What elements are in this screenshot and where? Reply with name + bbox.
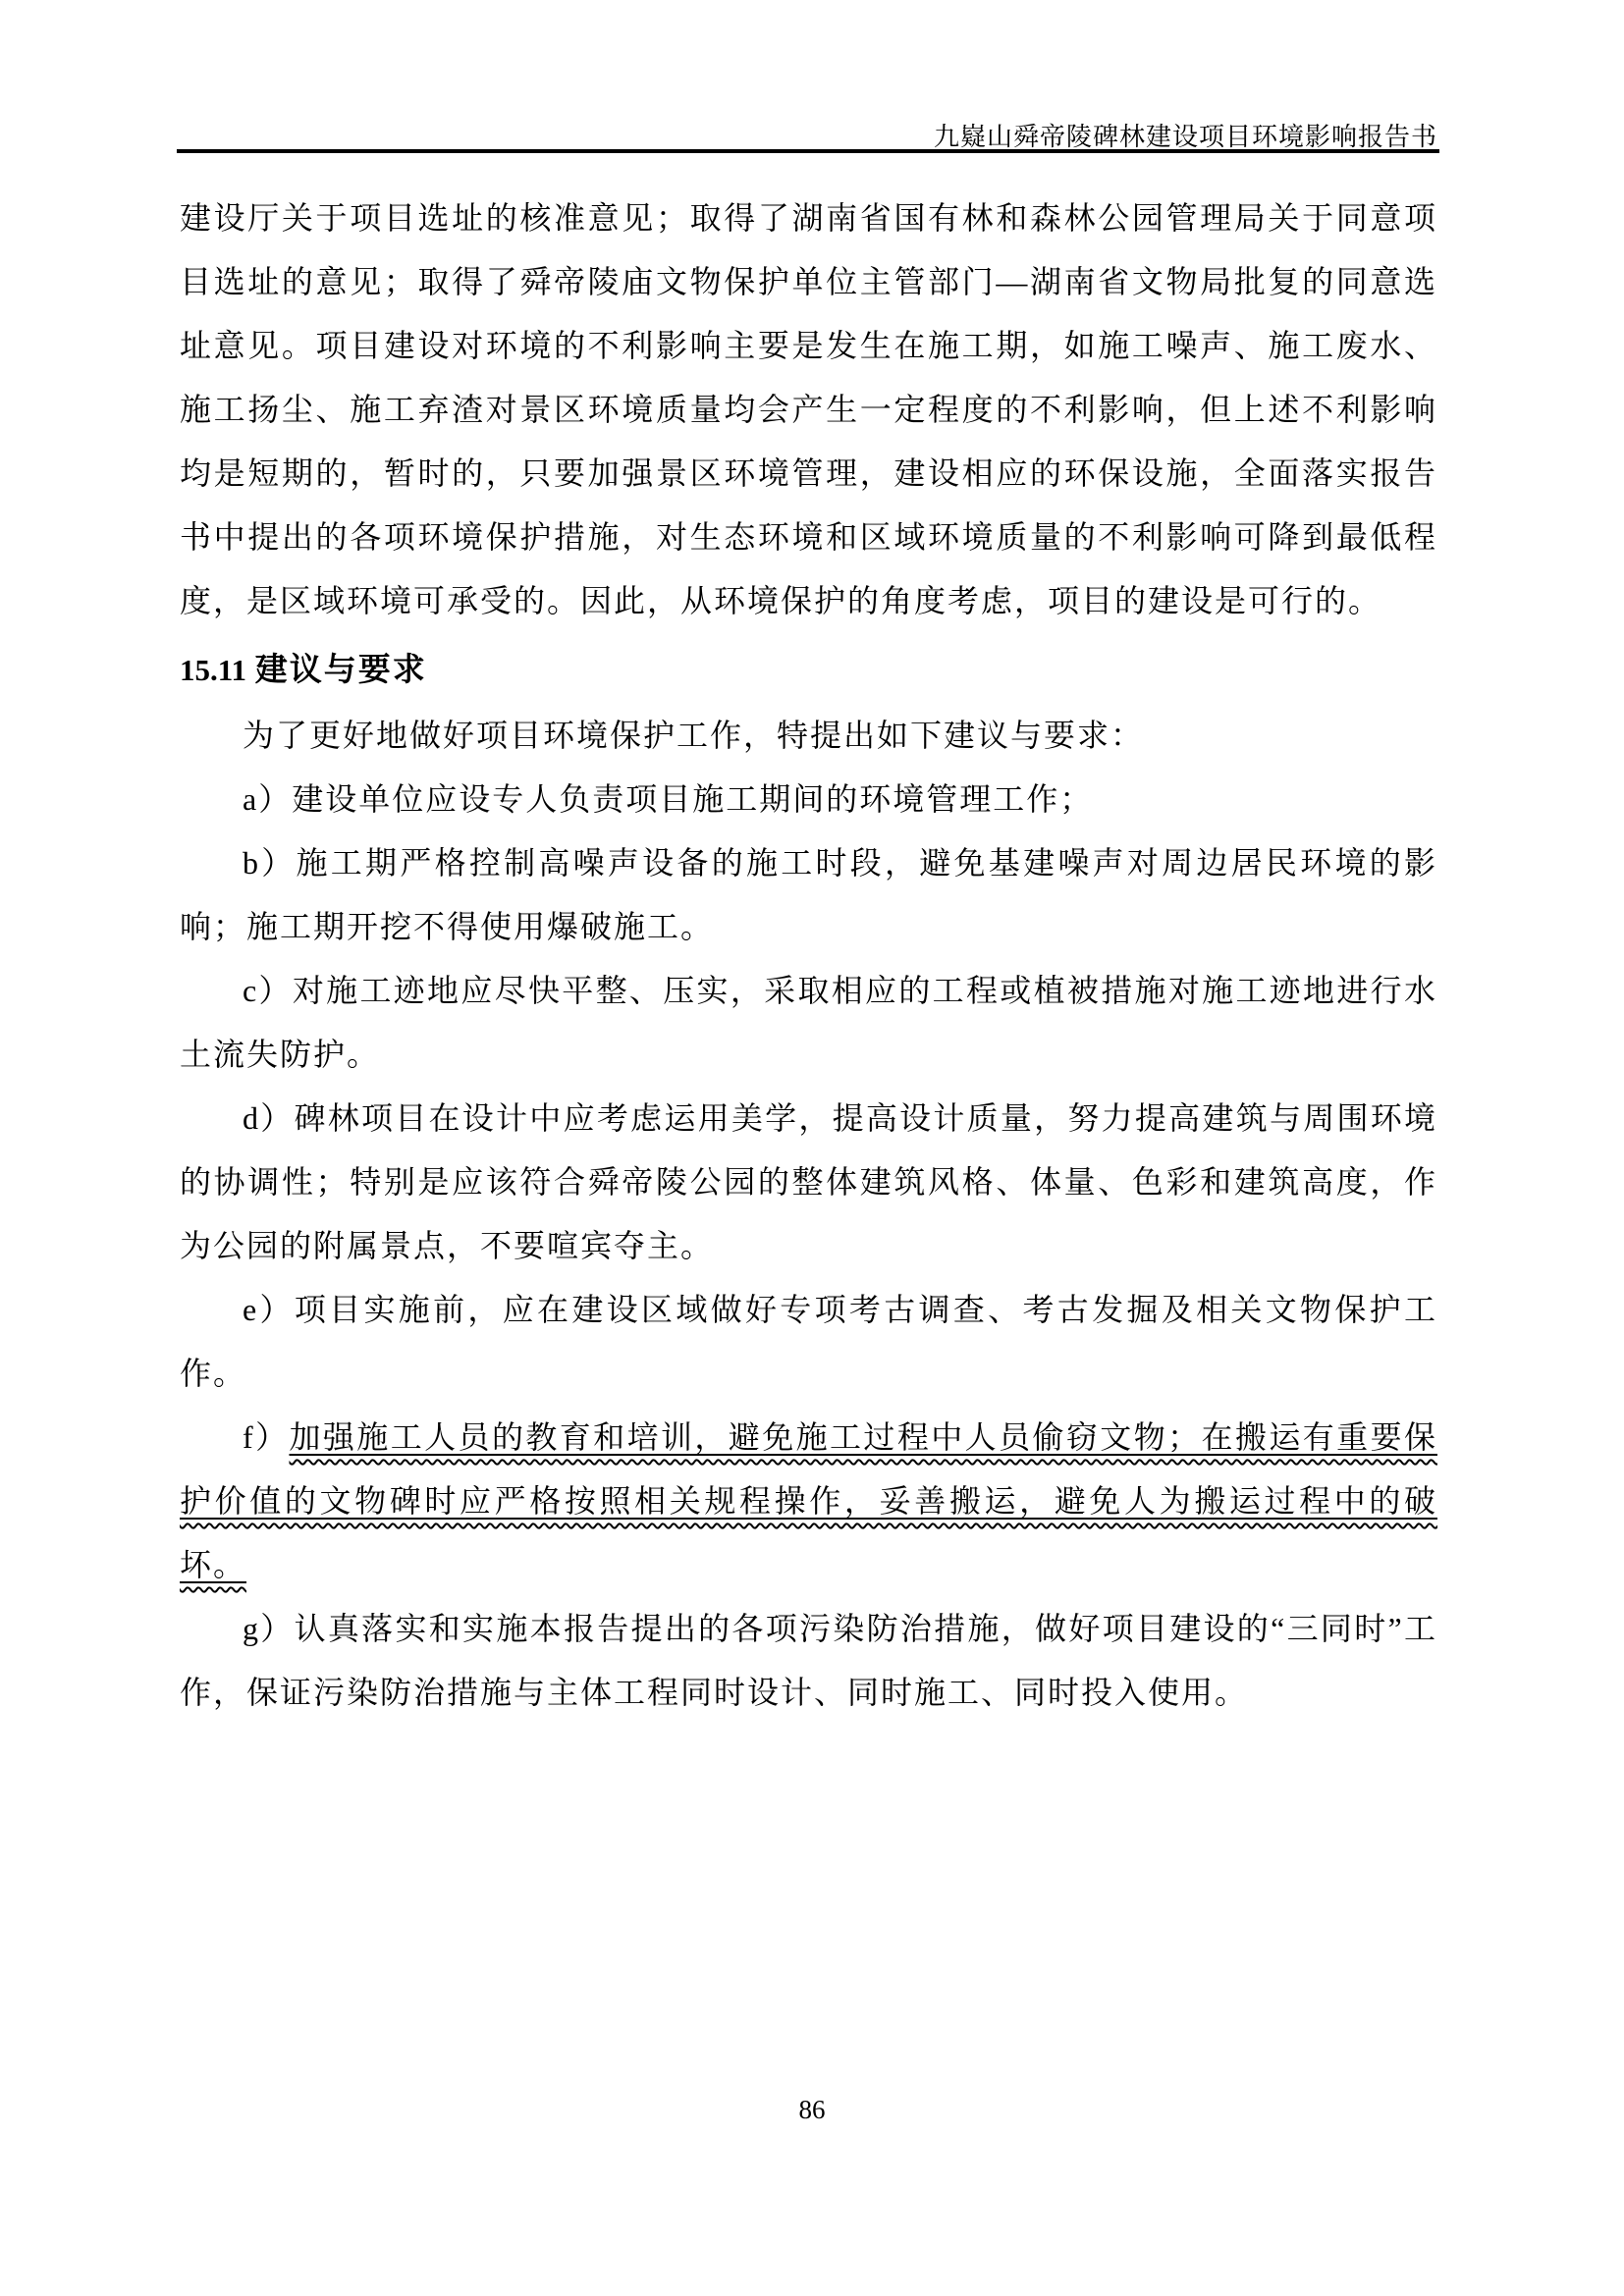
item-text: 对施工迹地应尽快平整、压实，采取相应的工程或植被措施对施工迹地进行水土流失防护。	[180, 973, 1437, 1072]
item-text: 项目实施前，应在建设区域做好专项考古调查、考古发掘及相关文物保护工作。	[180, 1292, 1437, 1391]
item-text: 认真落实和实施本报告提出的各项污染防治措施，做好项目建设的“三同时”工作，保证污…	[180, 1611, 1437, 1710]
header-rule	[177, 149, 1439, 153]
item-text: 施工期严格控制高噪声设备的施工时段，避免基建噪声对周边居民环境的影响；施工期开挖…	[180, 845, 1437, 944]
page-header-title: 九嶷山舜帝陵碑林建设项目环境影响报告书	[180, 117, 1437, 153]
item-label: d）	[243, 1100, 295, 1136]
item-label: g）	[243, 1611, 295, 1646]
item-label: a）	[243, 781, 292, 817]
section-number: 15.11	[180, 653, 246, 687]
item-text: 加强施工人员的教育和培训，避免施工过程中人员偷窃文物；在搬运有重要保护价值的文物…	[180, 1419, 1437, 1582]
list-item-e: e）项目实施前，应在建设区域做好专项考古调查、考古发掘及相关文物保护工作。	[180, 1278, 1437, 1406]
continuation-paragraph: 建设厅关于项目选址的核准意见；取得了湖南省国有林和森林公园管理局关于同意项目选址…	[180, 187, 1437, 633]
page-number: 86	[0, 2095, 1624, 2125]
item-text: 建设单位应设专人负责项目施工期间的环境管理工作；	[292, 781, 1093, 817]
item-label: b）	[243, 845, 297, 881]
list-item-g: g）认真落实和实施本报告提出的各项污染防治措施，做好项目建设的“三同时”工作，保…	[180, 1597, 1437, 1725]
document-page: 九嶷山舜帝陵碑林建设项目环境影响报告书 建设厅关于项目选址的核准意见；取得了湖南…	[0, 0, 1624, 2296]
item-label: c）	[243, 973, 293, 1008]
list-item-a: a）建设单位应设专人负责项目施工期间的环境管理工作；	[180, 768, 1437, 831]
section-title: 建议与要求	[255, 651, 427, 687]
list-item-b: b）施工期严格控制高噪声设备的施工时段，避免基建噪声对周边居民环境的影响；施工期…	[180, 831, 1437, 959]
list-item-c: c）对施工迹地应尽快平整、压实，采取相应的工程或植被措施对施工迹地进行水土流失防…	[180, 959, 1437, 1087]
intro-paragraph: 为了更好地做好项目环境保护工作，特提出如下建议与要求：	[180, 704, 1437, 768]
underlined-passage: 加强施工人员的教育和培训，避免施工过程中人员偷窃文物；在搬运有重要保护价值的文物…	[180, 1419, 1437, 1582]
section-heading: 15.11 建议与要求	[180, 637, 1437, 702]
item-label: e）	[243, 1292, 295, 1327]
list-item-d: d）碑林项目在设计中应考虑运用美学，提高设计质量，努力提高建筑与周围环境的协调性…	[180, 1087, 1437, 1278]
item-text: 碑林项目在设计中应考虑运用美学，提高设计质量，努力提高建筑与周围环境的协调性；特…	[180, 1100, 1437, 1263]
list-item-f: f）加强施工人员的教育和培训，避免施工过程中人员偷窃文物；在搬运有重要保护价值的…	[180, 1406, 1437, 1597]
item-label: f）	[243, 1419, 289, 1455]
document-body: 建设厅关于项目选址的核准意见；取得了湖南省国有林和森林公园管理局关于同意项目选址…	[180, 187, 1437, 1725]
